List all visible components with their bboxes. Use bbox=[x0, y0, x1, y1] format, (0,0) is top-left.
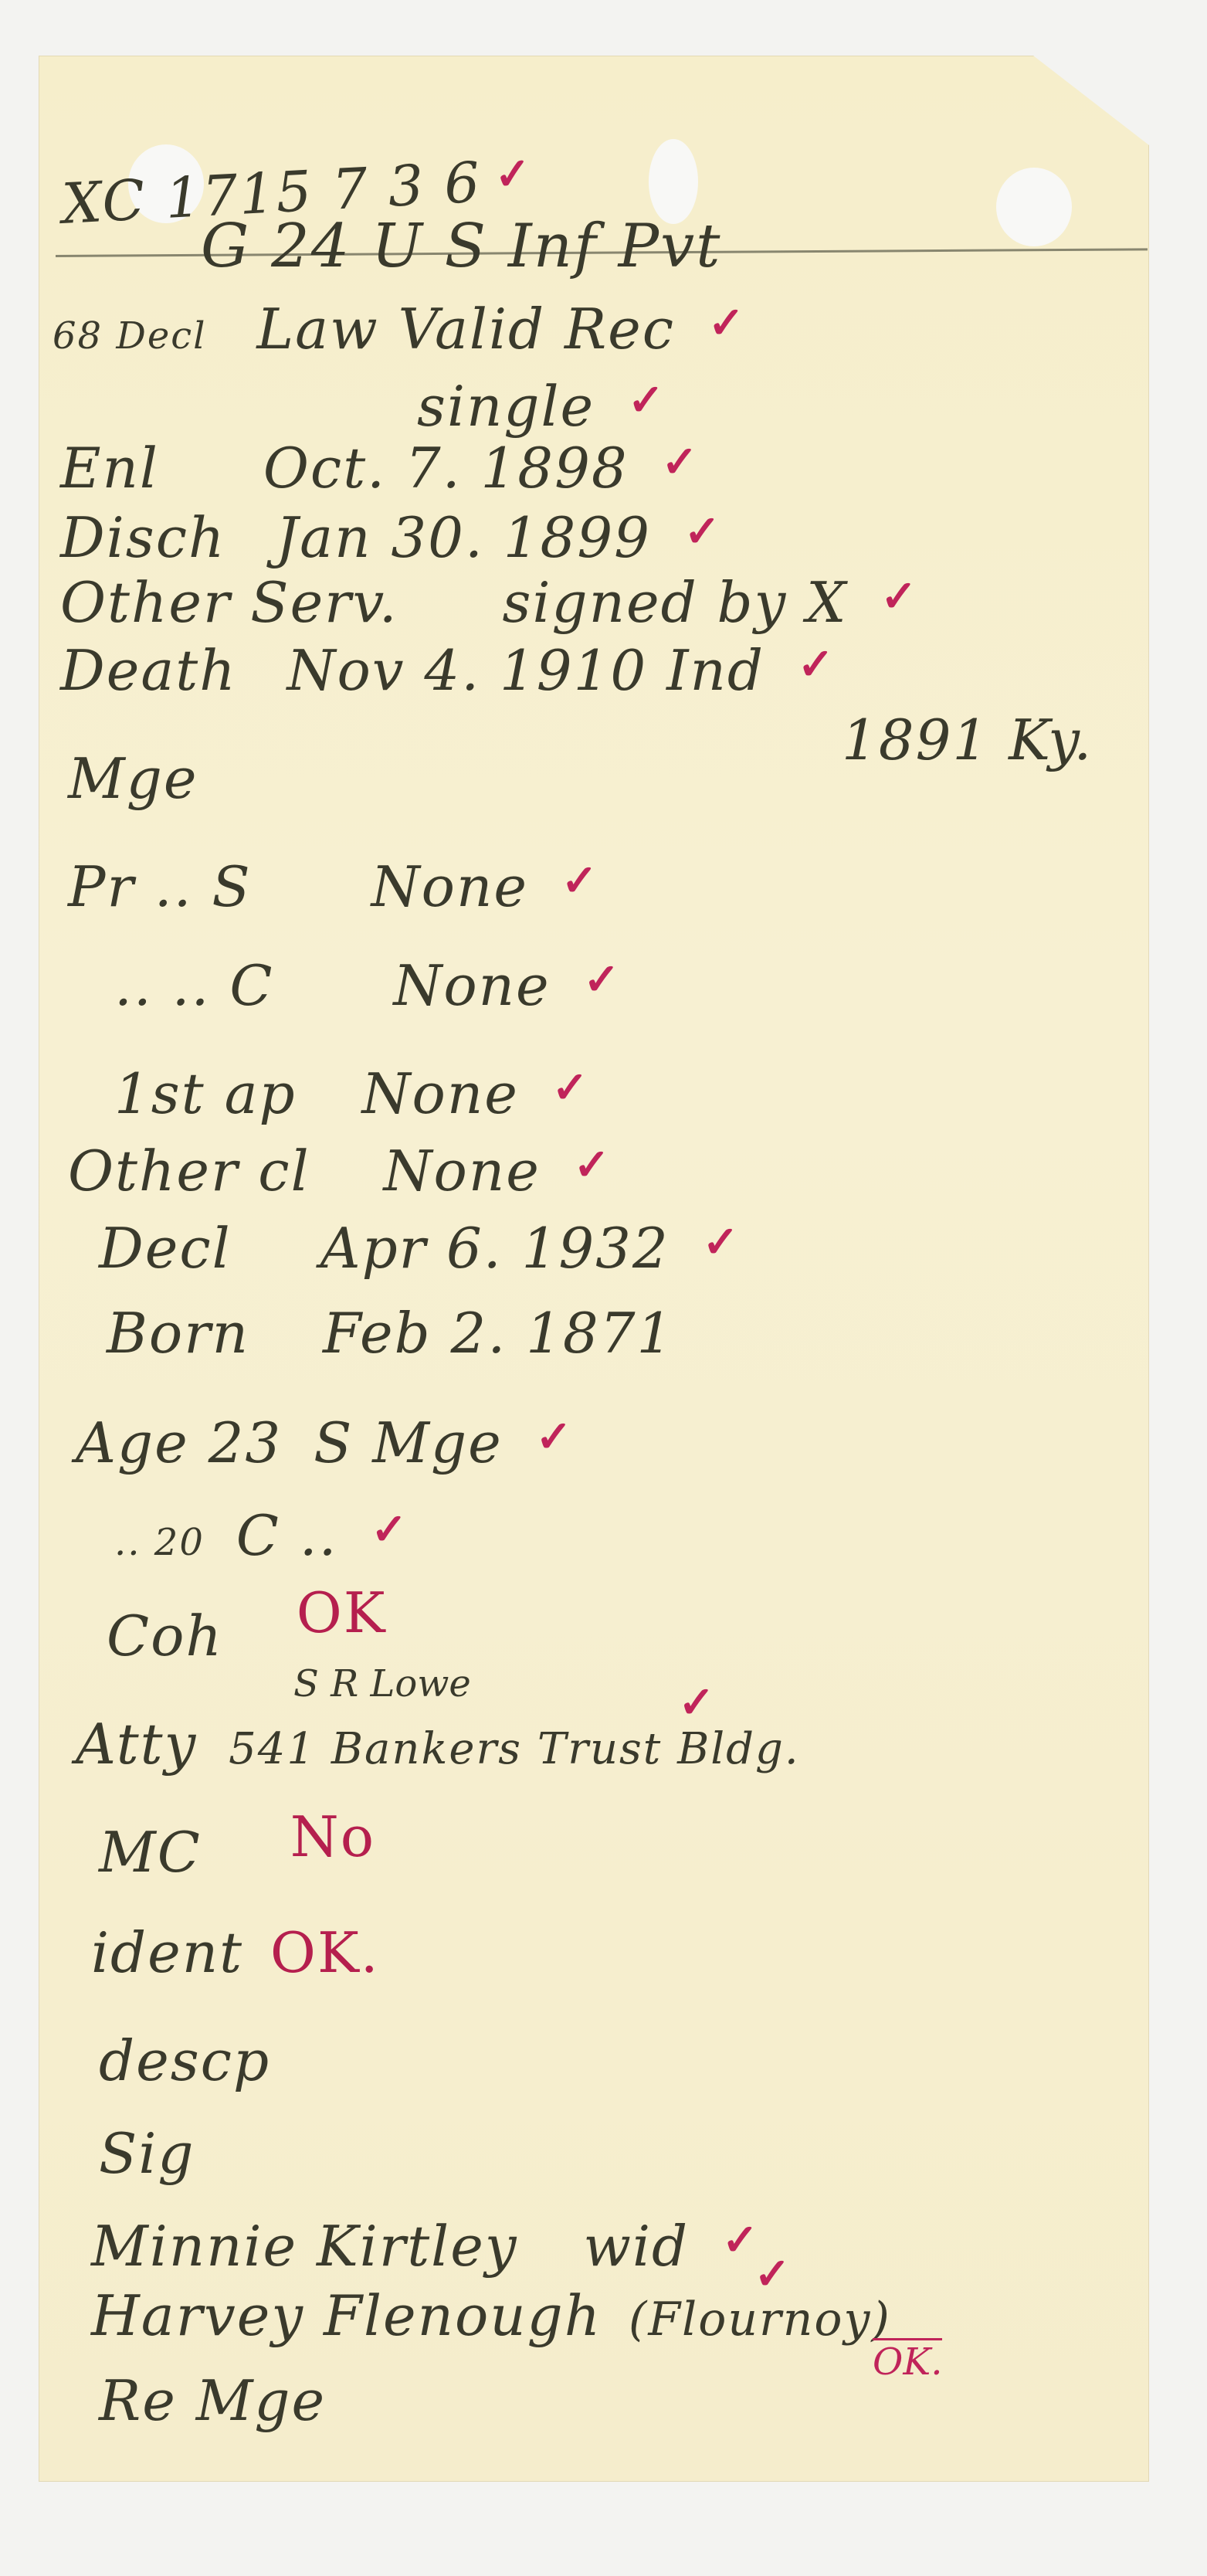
check-mark-icon: ✓ bbox=[536, 1415, 574, 1458]
check-mark-icon: ✓ bbox=[880, 575, 918, 618]
record-line: Mge bbox=[68, 751, 198, 806]
record-line: Minnie Kirtley wid ✓ bbox=[91, 2218, 760, 2274]
record-line: 1st ap None ✓ bbox=[114, 1066, 590, 1122]
check-mark-icon: ✓ bbox=[371, 1508, 409, 1551]
record-line: .. .. C None ✓ bbox=[114, 958, 621, 1013]
check-mark-icon: ✓ bbox=[679, 1681, 717, 1724]
record-line: Other cl None ✓ bbox=[68, 1143, 612, 1199]
record-line: .. 20 C .. ✓ bbox=[114, 1508, 409, 1563]
record-line: Age 23 S Mge ✓ bbox=[76, 1415, 574, 1471]
record-line: 68 Decl Law Valid Rec ✓ bbox=[53, 301, 746, 357]
check-mark-icon: ✓ bbox=[798, 643, 836, 686]
check-mark-icon: ✓ bbox=[754, 2252, 792, 2296]
record-line-value: 1891 Ky. bbox=[842, 712, 1093, 768]
record-card: XC 1715 7 3 6✓ G 24 U S Inf Pvt 68 Decl … bbox=[39, 56, 1149, 2482]
record-line: Coh OK bbox=[107, 1608, 387, 1664]
check-mark-icon: ✓ bbox=[708, 301, 746, 344]
check-mark-icon: ✓ bbox=[584, 958, 622, 1001]
check-mark-icon: ✓ bbox=[628, 378, 666, 422]
record-line: Harvey Flenough (Flournoy) ✓ bbox=[91, 2288, 962, 2344]
punch-hole-right bbox=[996, 168, 1072, 246]
record-line: Sig bbox=[99, 2126, 195, 2181]
record-line: Born Feb 2. 1871 bbox=[107, 1305, 673, 1361]
record-line: MC No bbox=[99, 1824, 375, 1880]
record-line: Pr .. S None ✓ bbox=[68, 859, 599, 915]
record-line: Other Serv. signed by X ✓ bbox=[60, 575, 918, 630]
record-line: ident OK. bbox=[91, 1925, 380, 1980]
check-mark-icon: ✓ bbox=[493, 151, 534, 196]
record-line: descp bbox=[99, 2033, 270, 2089]
attorney-name: S R Lowe bbox=[293, 1662, 471, 1705]
flournoy-ok-mark: OK. bbox=[873, 2338, 942, 2384]
check-mark-icon: ✓ bbox=[662, 440, 700, 484]
record-line: Enl Oct. 7. 1898 ✓ bbox=[60, 440, 700, 496]
check-mark-icon: ✓ bbox=[684, 510, 722, 553]
record-line: single ✓ bbox=[417, 378, 666, 434]
check-mark-icon: ✓ bbox=[703, 1220, 741, 1264]
record-line: Decl Apr 6. 1932 ✓ bbox=[99, 1220, 741, 1276]
check-mark-icon: ✓ bbox=[574, 1143, 612, 1186]
unit-line: G 24 U S Inf Pvt bbox=[201, 216, 722, 277]
record-line: Disch Jan 30. 1899 ✓ bbox=[60, 510, 722, 565]
record-line: Re Mge bbox=[99, 2373, 326, 2428]
record-line: Atty 541 Bankers Trust Bldg. ✓ bbox=[76, 1716, 870, 1772]
check-mark-icon: ✓ bbox=[561, 859, 599, 902]
check-mark-icon: ✓ bbox=[552, 1066, 590, 1109]
record-line: Death Nov 4. 1910 Ind ✓ bbox=[60, 643, 836, 698]
